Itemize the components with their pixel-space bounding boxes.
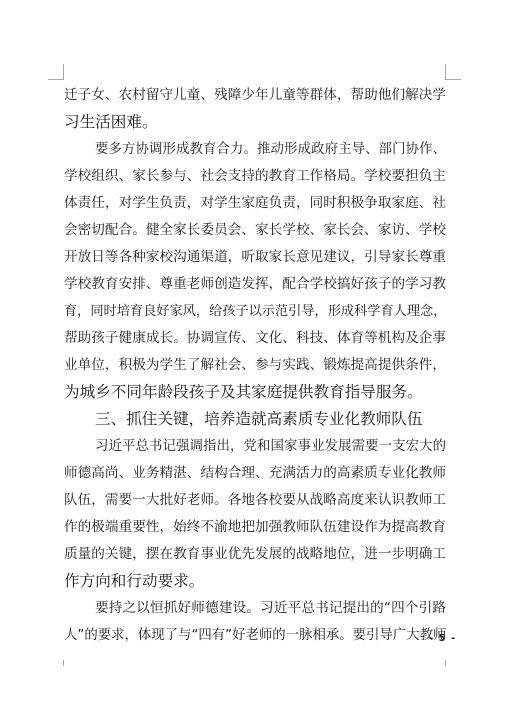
corner-mark-top-right-horizontal [445,79,461,80]
text-line: 要多方协调形成教育合力。推动形成政府主导、部门协作、 [64,136,446,163]
text-line: 作的极端重要性，始终不渝地把加强教师队伍建设作为提高教育 [64,514,446,541]
text-line: 业单位，积极为学生了解社会、参与实践、锻炼提高提供条件， [64,352,446,379]
text-line: 体责任，对学生负责，对学生家庭负责，同时积极争取家庭、社 [64,190,446,217]
text-line: 会密切配合。健全家长委员会、家长学校、家长会、家访、学校 [64,217,446,244]
text-line: 为城乡不同年龄段孩子及其家庭提供教育指导服务。 [64,379,446,406]
corner-mark-top-right-vertical [445,64,446,80]
text-line: 育，同时培育良好家风，给孩子以示范引导，形成科学育人理念， [64,298,446,325]
text-line: 习近平总书记强调指出，党和国家事业发展需要一支宏大的 [64,433,446,460]
text-line: 作方向和行动要求。 [64,568,446,595]
text-line: 学校组织、家长参与、社会支持的教育工作格局。学校要担负主 [64,163,446,190]
corner-mark-bottom-right [445,660,446,666]
corner-mark-top-left-vertical [63,64,64,80]
text-line: 三、抓住关键，培养造就高素质专业化教师队伍 [64,406,446,433]
text-line: 学校教育安排、尊重老师创造发挥，配合学校搞好孩子的学习教 [64,271,446,298]
text-line: 队伍，需要一大批好老师。各地各校要从战略高度来认识教师工 [64,487,446,514]
body-text: 迁子女、农村留守儿童、残障少年儿童等群体，帮助他们解决学习生活困难。要多方协调形… [64,82,446,649]
corner-mark-bottom-left [63,660,64,666]
text-line: 迁子女、农村留守儿童、残障少年儿童等群体，帮助他们解决学 [64,82,446,109]
text-line: 帮助孩子健康成长。协调宣传、文化、科技、体育等机构及企事 [64,325,446,352]
text-line: 人”的要求，体现了与“四有”好老师的一脉相承。要引导广大教师 [64,622,446,649]
text-line: 开放日等各种家校沟通渠道，听取家长意见建议，引导家长尊重 [64,244,446,271]
text-line: 要持之以恒抓好师德建设。习近平总书记提出的“四个引路 [64,595,446,622]
text-line: 质量的关键，摆在教育事业优先发展的战略地位，进一步明确工 [64,541,446,568]
document-page: 迁子女、农村留守儿童、残障少年儿童等群体，帮助他们解决学习生活困难。要多方协调形… [0,0,506,720]
text-line: 师德高尚、业务精湛、结构合理、充满活力的高素质专业化教师 [64,460,446,487]
text-line: 习生活困难。 [64,109,446,136]
page-number: - 5 - [429,633,456,644]
corner-mark-top-left-horizontal [48,79,64,80]
